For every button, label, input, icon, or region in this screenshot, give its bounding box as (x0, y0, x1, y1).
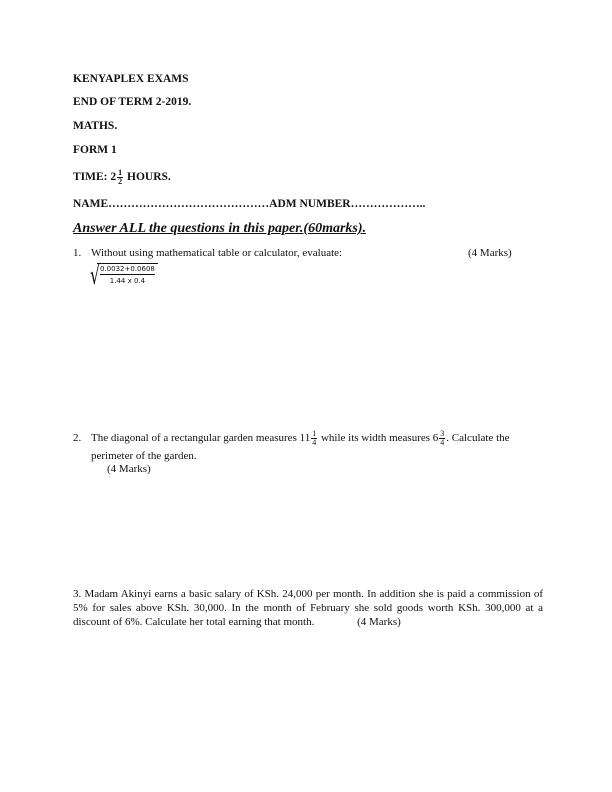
question-1-number: 1. (73, 247, 81, 259)
radicand-denominator: 1.44 x 0.4 (100, 275, 155, 285)
question-2-number: 2. (73, 432, 81, 444)
time-label: TIME: 2 (73, 171, 116, 183)
question-3-marks: (4 Marks) (357, 616, 401, 628)
question-2-line2: perimeter of the garden. (91, 450, 197, 462)
question-1-text: Without using mathematical table or calc… (91, 247, 342, 259)
q2-text-part3: . Calculate the (446, 432, 509, 444)
q2-text-part2: while its width measures 6 (318, 432, 438, 444)
question-1-marks: (4 Marks) (468, 247, 512, 259)
time-frac-den: 2 (117, 178, 123, 186)
question-3-body: Madam Akinyi earns a basic salary of KSh… (73, 588, 543, 628)
question-2-line1: The diagonal of a rectangular garden mea… (91, 430, 510, 447)
radicand-fraction: 0.0032+0.0608 1.44 x 0.4 (97, 263, 158, 285)
name-adm-field: NAME……………………………………ADM NUMBER……………….. (73, 198, 425, 210)
school-name: KENYAPLEX EXAMS (73, 73, 189, 85)
q2-fraction-2: 34 (439, 430, 445, 447)
time-unit: HOURS. (127, 171, 171, 183)
q2-text-part1: The diagonal of a rectangular garden mea… (91, 432, 310, 444)
exam-term: END OF TERM 2-2019. (73, 96, 191, 108)
question-2-marks: (4 Marks) (107, 463, 151, 475)
instructions: Answer ALL the questions in this paper.(… (73, 221, 366, 237)
form-level: FORM 1 (73, 144, 117, 156)
question-3-number: 3. (73, 588, 81, 600)
q2-frac2-den: 4 (439, 439, 445, 447)
question-3-text: 3. Madam Akinyi earns a basic salary of … (73, 587, 543, 629)
q2-frac1-den: 4 (311, 439, 317, 447)
radicand-numerator: 0.0032+0.0608 (100, 265, 155, 275)
time-fraction: 12 (117, 169, 123, 186)
q2-fraction-1: 14 (311, 430, 317, 447)
time-allowed: TIME: 212 HOURS. (73, 169, 171, 186)
subject: MATHS. (73, 120, 117, 132)
